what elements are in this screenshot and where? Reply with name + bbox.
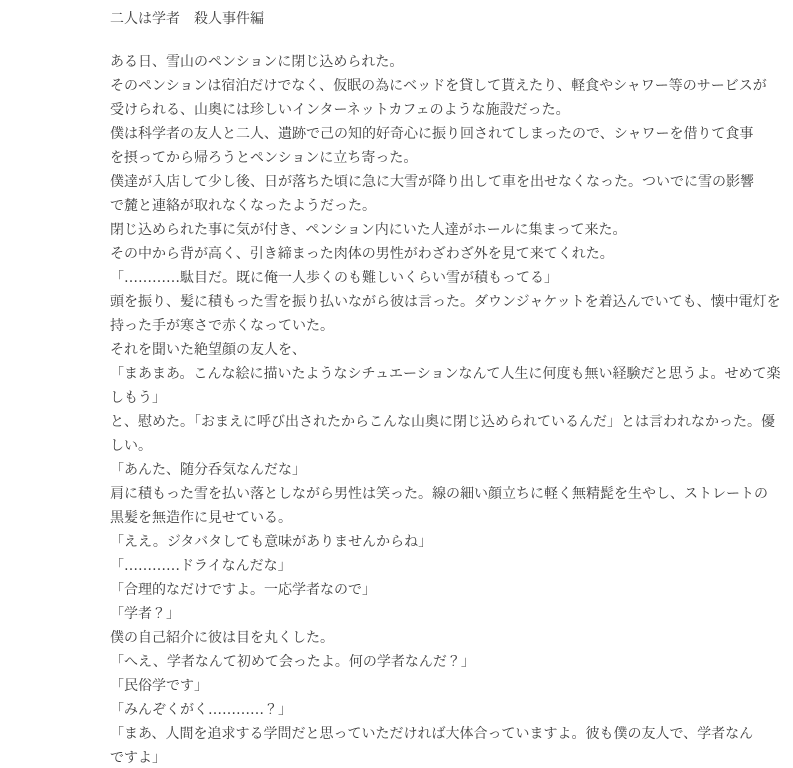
story-line: 「あんた、随分呑気なんだな」 [110,458,710,482]
story-body: ある日、雪山のペンションに閉じ込められた。そのペンションは宿泊だけでなく、仮眠の… [110,50,710,768]
story-line: それを聞いた絶望顔の友人を、 [110,338,710,362]
story-line: 頭を振り、髪に積もった雪を振り払いながら彼は言った。ダウンジャケットを着込んでい… [110,290,710,314]
story-page: 二人は学者 殺人事件編 ある日、雪山のペンションに閉じ込められた。そのペンション… [110,7,710,768]
story-line: 「みんぞくがく…………？」 [110,698,710,722]
story-line: 僕の自己紹介に彼は目を丸くした。 [110,626,710,650]
story-line: 持った手が寒さで赤くなっていた。 [110,314,710,338]
story-line: 「学者？」 [110,602,710,626]
story-line: 「民俗学です」 [110,674,710,698]
story-line: そのペンションは宿泊だけでなく、仮眠の為にベッドを貸して貰えたり、軽食やシャワー… [110,74,710,98]
story-line: ですよ」 [110,746,710,768]
story-line: 「…………ドライなんだな」 [110,554,710,578]
story-line: 受けられる、山奥には珍しいインターネットカフェのような施設だった。 [110,98,710,122]
story-line: 「まあまあ。こんな絵に描いたようなシチュエーションなんて人生に何度も無い経験だと… [110,362,710,386]
story-line: を摂ってから帰ろうとペンションに立ち寄った。 [110,146,710,170]
story-line: しもう」 [110,386,710,410]
story-line: 僕は科学者の友人と二人、遺跡で己の知的好奇心に振り回されてしまったので、シャワー… [110,122,710,146]
story-line: 「合理的なだけですよ。一応学者なので」 [110,578,710,602]
story-line: その中から背が高く、引き締まった肉体の男性がわざわざ外を見て来てくれた。 [110,242,710,266]
story-line: 「へえ、学者なんて初めて会ったよ。何の学者なんだ？」 [110,650,710,674]
story-line: 「…………駄目だ。既に俺一人歩くのも難しいくらい雪が積もってる」 [110,266,710,290]
story-line: 肩に積もった雪を払い落としながら男性は笑った。線の細い顔立ちに軽く無精髭を生やし… [110,482,710,506]
story-line: 僕達が入店して少し後、日が落ちた頃に急に大雪が降り出して車を出せなくなった。つい… [110,170,710,194]
story-line: 黒髪を無造作に見せている。 [110,506,710,530]
story-line: 「まあ、人間を追求する学問だと思っていただければ大体合っていますよ。彼も僕の友人… [110,722,710,746]
story-line: 閉じ込められた事に気が付き、ペンション内にいた人達がホールに集まって来た。 [110,218,710,242]
story-line: 「ええ。ジタバタしても意味がありませんからね」 [110,530,710,554]
story-line: で麓と連絡が取れなくなったようだった。 [110,194,710,218]
story-line: しい。 [110,434,710,458]
story-line: ある日、雪山のペンションに閉じ込められた。 [110,50,710,74]
story-title: 二人は学者 殺人事件編 [110,7,710,31]
story-line: と、慰めた。「おまえに呼び出されたからこんな山奥に閉じ込められているんだ」とは言… [110,410,710,434]
